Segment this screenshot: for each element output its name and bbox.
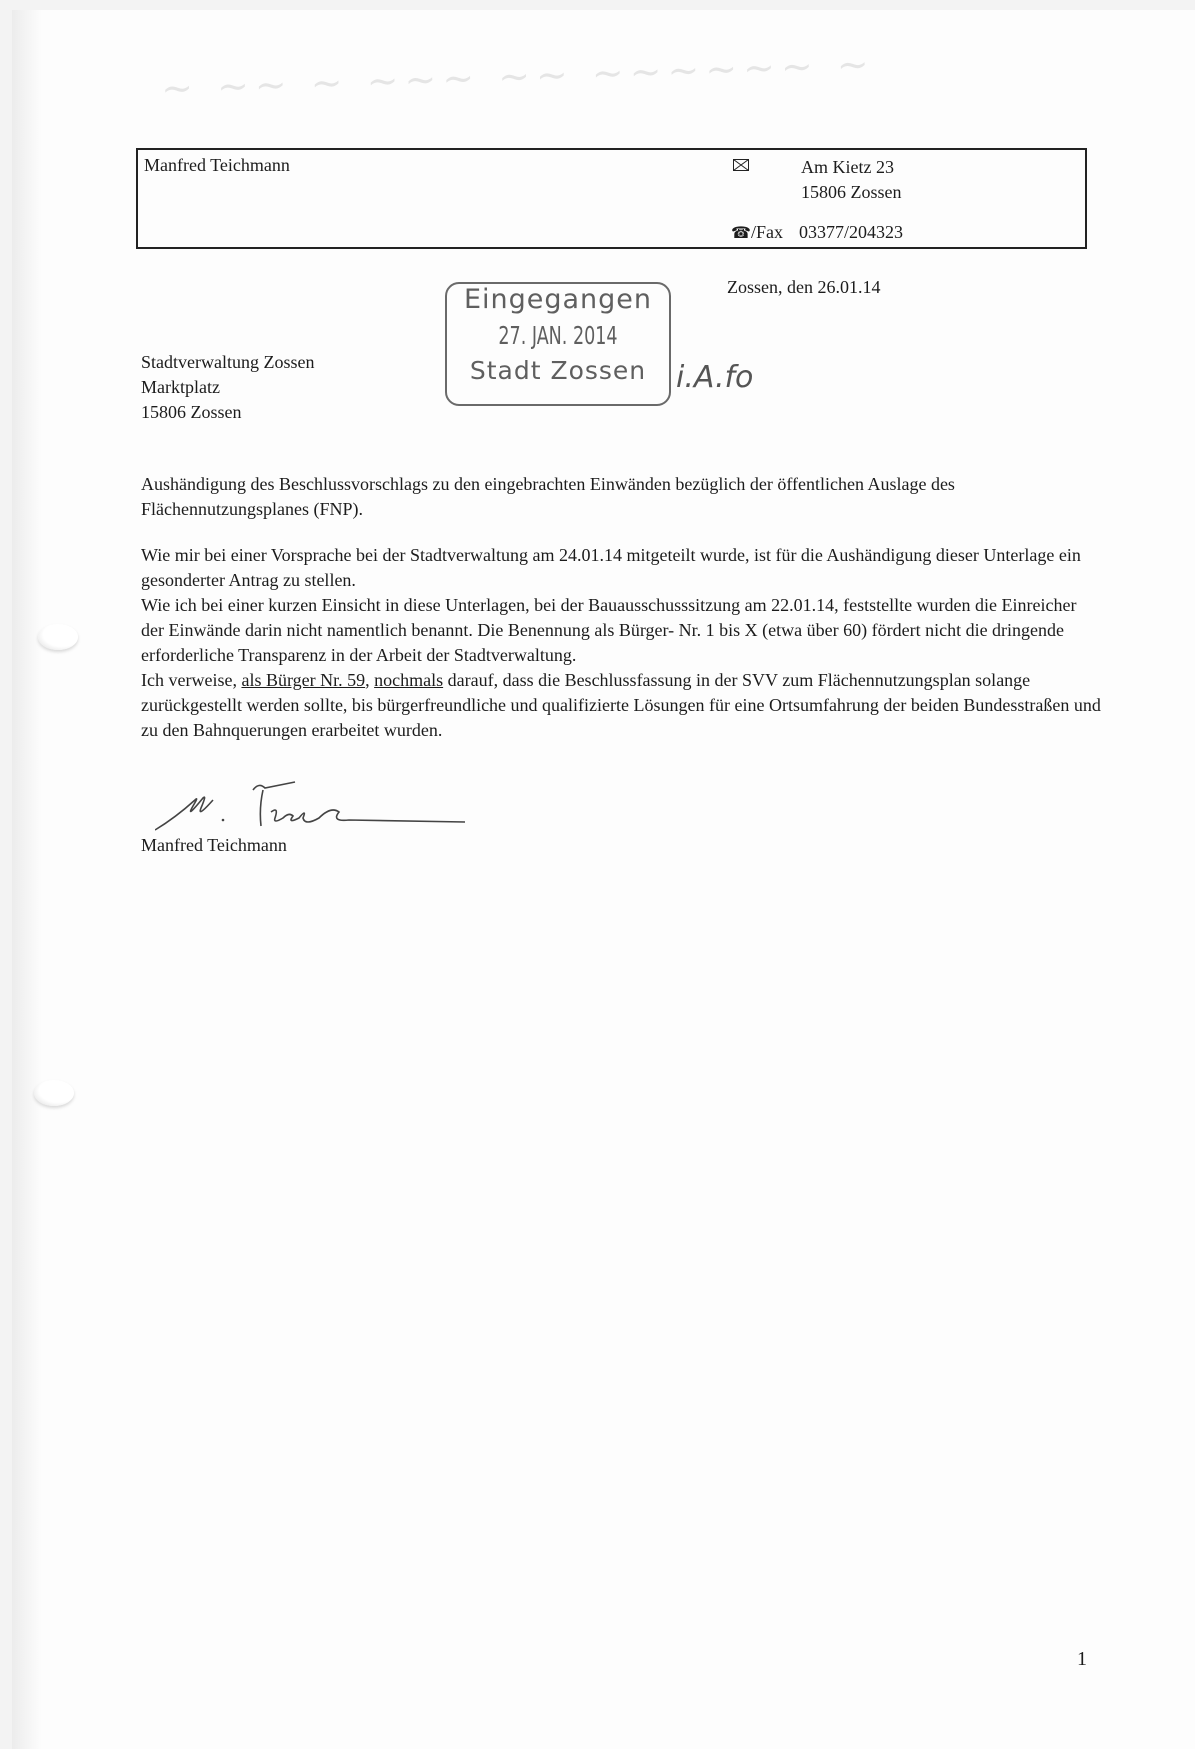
address-line-2: 15806 Zossen [801,180,902,205]
sender-address: Am Kietz 23 15806 Zossen [801,155,902,205]
paragraph-2: Wie ich bei einer kurzen Einsicht in die… [141,593,1101,668]
punch-hole [38,624,78,650]
phone-number: 03377/204323 [799,222,903,242]
address-line-1: Am Kietz 23 [801,155,902,180]
recipient-line-2: Marktplatz [141,375,314,400]
phone-fax: ☎/Fax03377/204323 [731,222,903,243]
letter-body: Wie mir bei einer Vorsprache bei der Sta… [141,543,1101,743]
letter-subject: Aushändigung des Beschlussvorschlags zu … [141,472,1101,522]
letter-page: ~ ~~ ~ ~~~ ~~ ~~~~~~ ~ [12,10,1195,1749]
underlined-nochmals: nochmals [374,670,443,690]
stamp-date: 27. JAN. 2014 [471,321,644,350]
punch-hole [34,1080,74,1106]
sender-letterhead: Manfred Teichmann Am Kietz 23 15806 Zoss… [136,148,1087,249]
paragraph-1: Wie mir bei einer Vorsprache bei der Sta… [141,543,1101,593]
letter-date: Zossen, den 26.01.14 [727,277,880,298]
envelope-icon [733,159,749,171]
stamp-received-label: Eingegangen [447,284,669,315]
recipient-address: Stadtverwaltung Zossen Marktplatz 15806 … [141,350,314,425]
handwritten-signature [155,778,495,838]
phone-label: /Fax [751,222,783,242]
handwritten-initials: i.A.fo [676,360,753,395]
page-number: 1 [1077,1648,1087,1671]
stamp-office: Stadt Zossen [447,356,669,385]
recipient-line-1: Stadtverwaltung Zossen [141,350,314,375]
underlined-citizen-number: als Bürger Nr. 59 [241,670,365,690]
paragraph-3: Ich verweise, als Bürger Nr. 59, nochmal… [141,668,1101,743]
p3-comma: , [365,670,374,690]
recipient-line-3: 15806 Zossen [141,400,314,425]
signatory-name: Manfred Teichmann [141,835,287,856]
telephone-icon: ☎ [731,223,751,243]
sender-name: Manfred Teichmann [144,155,290,176]
received-stamp: Eingegangen 27. JAN. 2014 Stadt Zossen [445,282,671,406]
p3-start: Ich verweise, [141,670,241,690]
